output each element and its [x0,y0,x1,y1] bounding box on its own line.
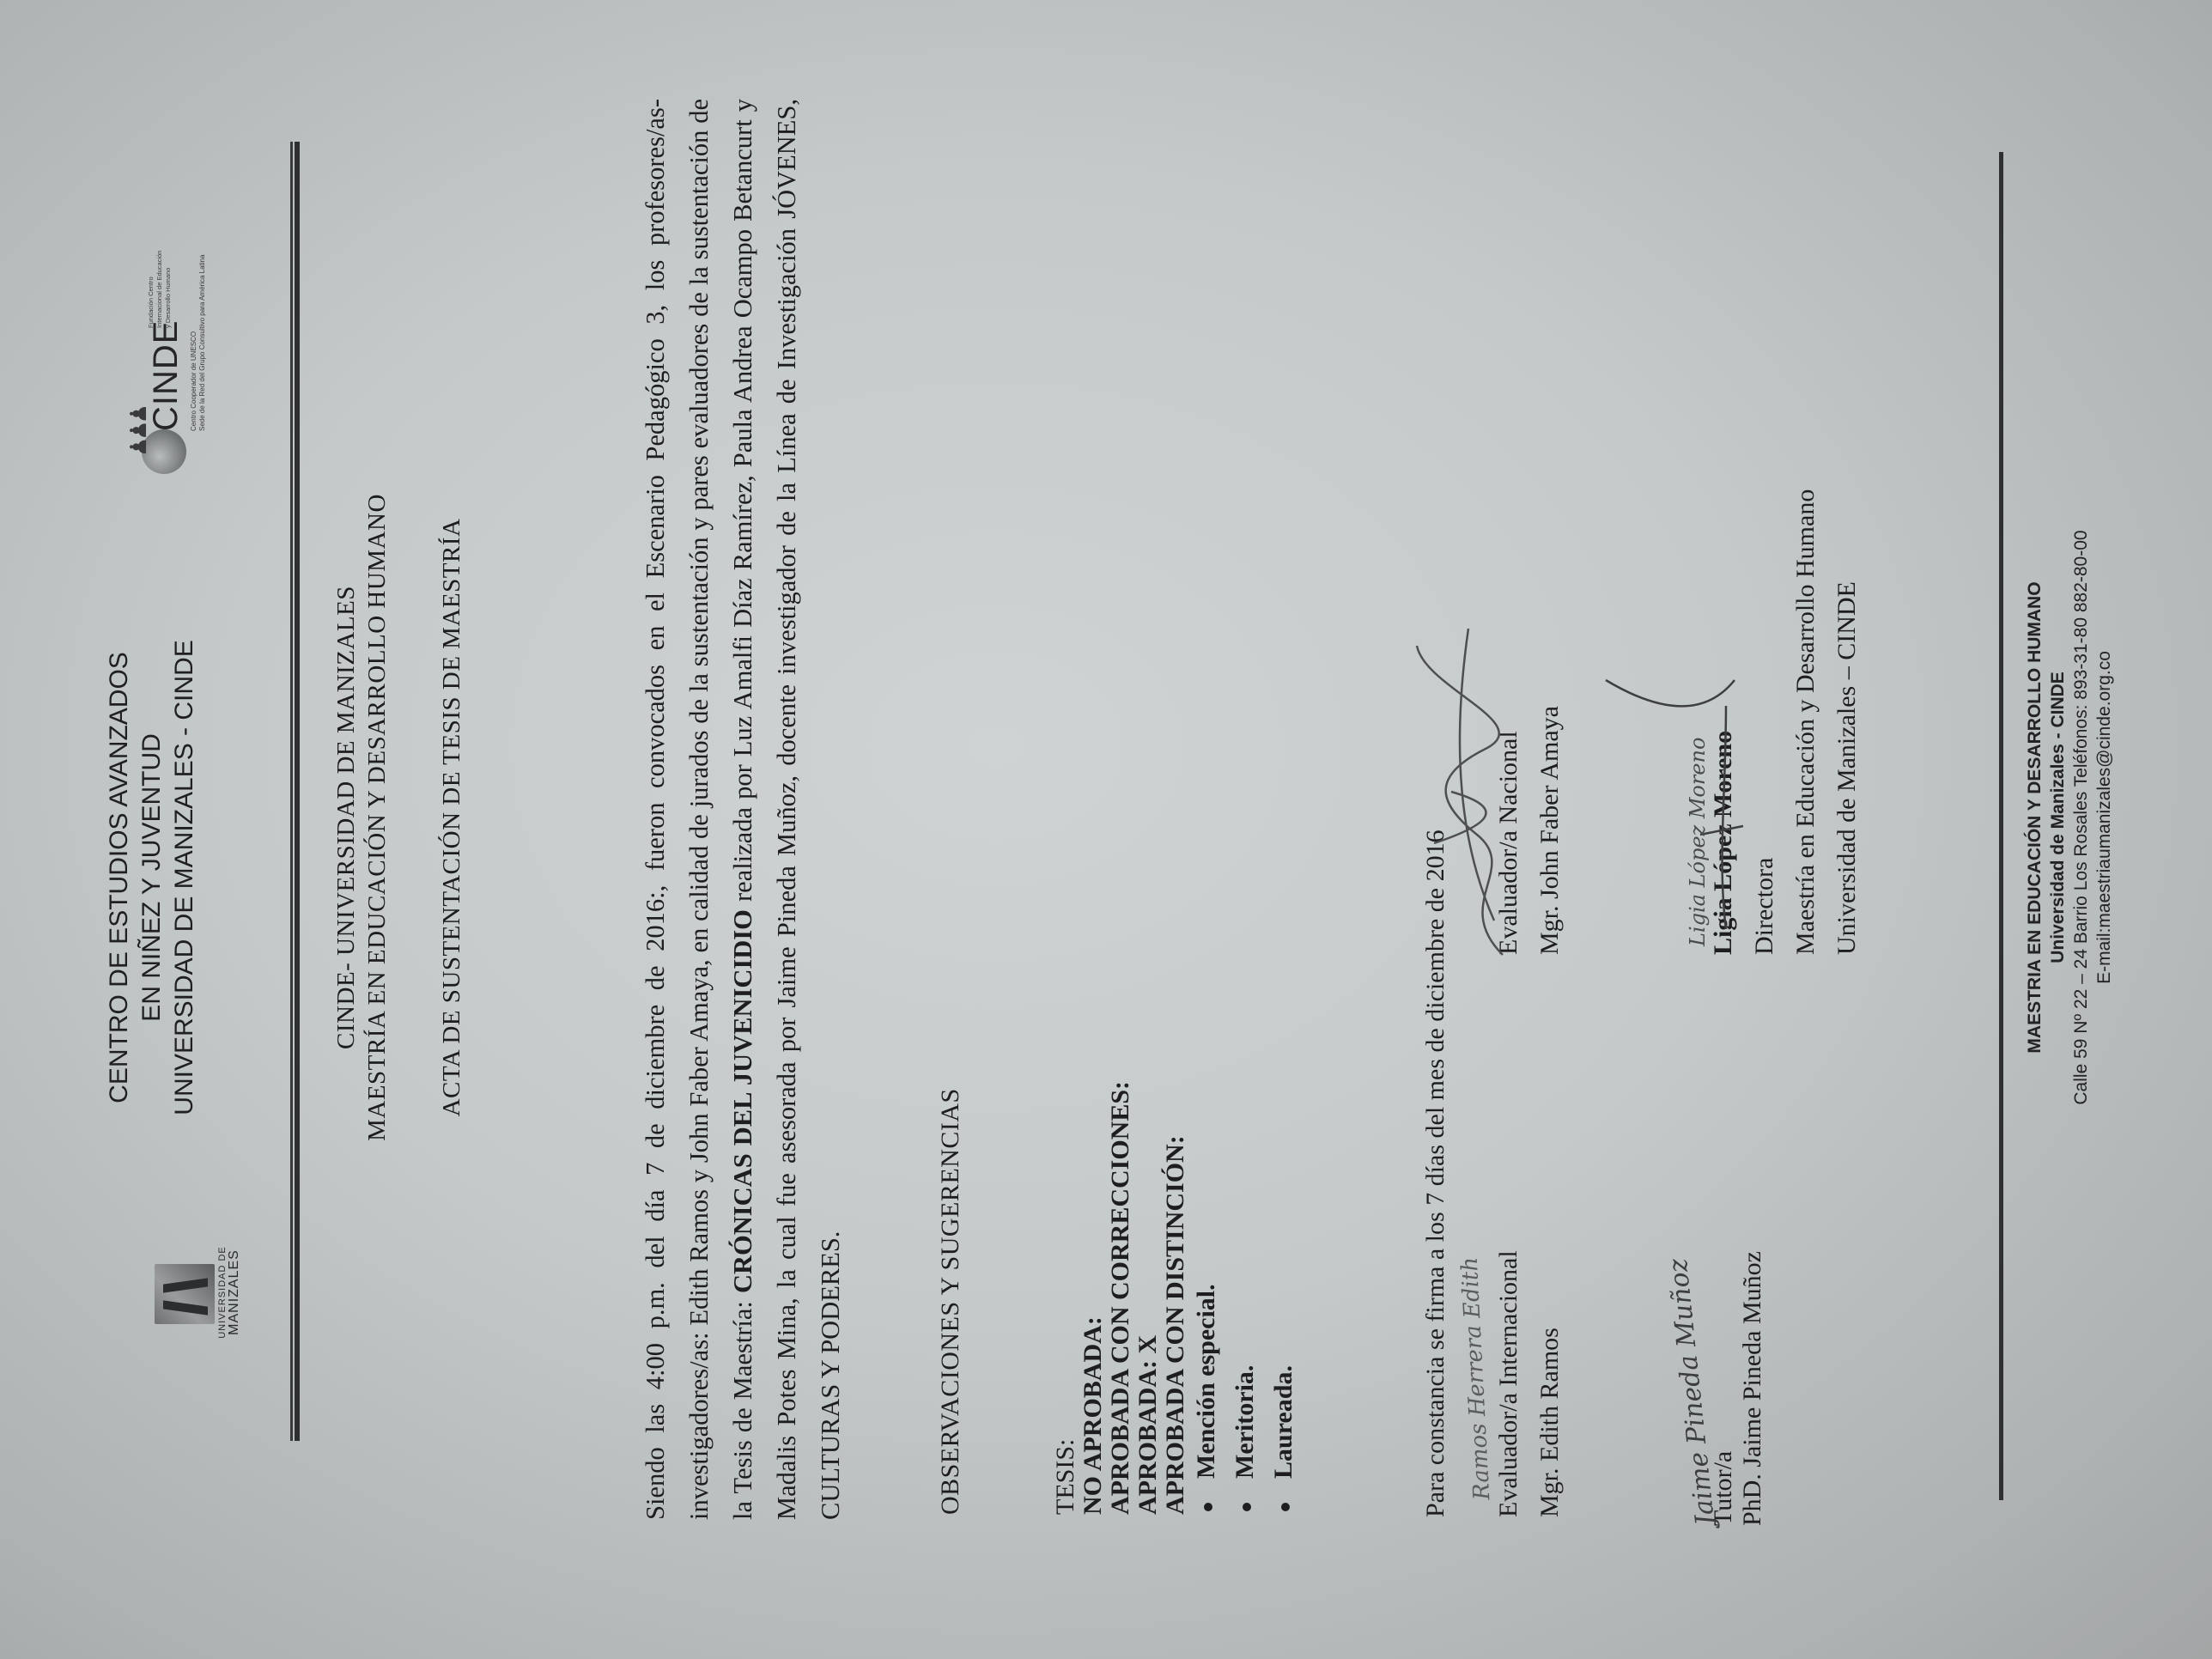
university-emblem-icon [155,1264,215,1324]
thesis-result-section: TESIS: NO APROBADA: APROBADA CON CORRECC… [1052,1081,1309,1515]
thesis-title: CRÓNICAS DEL JUVENICIDIO [728,909,757,1293]
tesis-label: TESIS: [1052,1081,1079,1515]
document-title: ACTA DE SUSTENTACIÓN DE TESIS DE MAESTRÍ… [438,173,466,1461]
distinction-list: Mención especial. Meritoria. Laureada. [1193,1081,1297,1515]
signature-block-directora: Ligia López Moreno Ligia López Moreno Di… [1709,489,1862,955]
institution-title: CINDE- UNIVERSIDAD DE MANIZALES MAESTRÍA… [331,173,392,1461]
scanned-document-page: UNIVERSIDAD DE MANIZALES CENTRO DE ESTUD… [0,0,2212,1659]
handwritten-signature: Ligia López Moreno [1683,738,1712,946]
body-paragraph: Siendo las 4:00 p.m. del día 7 de diciem… [634,99,853,1520]
result-option-no-aprobada: NO APROBADA: [1079,1081,1107,1515]
signature-block-tutor: Jaime Pineda Muñoz Tutor/a PhD. Jaime Pi… [1709,1251,1767,1526]
signature-block-ramos: Ramos Herrera Edith Evaluador/a Internac… [1494,1250,1565,1517]
footer-email: E-mail:maestriaumanizales@cinde.org.co [2093,259,2116,1376]
university-logo-text: UNIVERSIDAD DE MANIZALES [218,1228,241,1357]
cinde-sub-text: Centro Cooperador de UNESCO Sede de la R… [190,225,207,431]
cinde-side-text: Fundación Centro Internacional de Educac… [147,225,173,328]
cinde-logo: ♟♟♟ CINDE Fundación Centro Internacional… [125,225,219,474]
selected-mark: X [1133,1335,1162,1354]
constancia-line: Para constancia se firma a los 7 días de… [1421,829,1450,1517]
result-option-aprobada-con-correcciones: APROBADA CON CORRECCIONES: [1107,1081,1134,1515]
footer-rule [1999,152,2003,1500]
signature-block-amaya: Evaluador/a Nacional Mgr. John Faber Ama… [1494,706,1565,955]
handwritten-signature: Ramos Herrera Edith [1455,1256,1498,1501]
footer: MAESTRIA EN EDUCACIÓN Y DESARROLLO HUMAN… [2023,259,2116,1376]
distinction-item: Meritoria. [1231,1081,1259,1515]
result-option-aprobada-con-distincion: APROBADA CON DISTINCIÓN: [1162,1081,1189,1515]
header-center-title: CENTRO DE ESTUDIOS AVANZADOS EN NIÑEZ Y … [103,483,201,1273]
observations-heading: OBSERVACIONES Y SUGERENCIAS [936,1088,965,1515]
distinction-item: Laureada. [1270,1081,1297,1515]
result-option-aprobada: APROBADA: X [1134,1081,1162,1515]
distinction-item: Mención especial. [1193,1081,1220,1515]
header-double-rule [290,142,300,1441]
